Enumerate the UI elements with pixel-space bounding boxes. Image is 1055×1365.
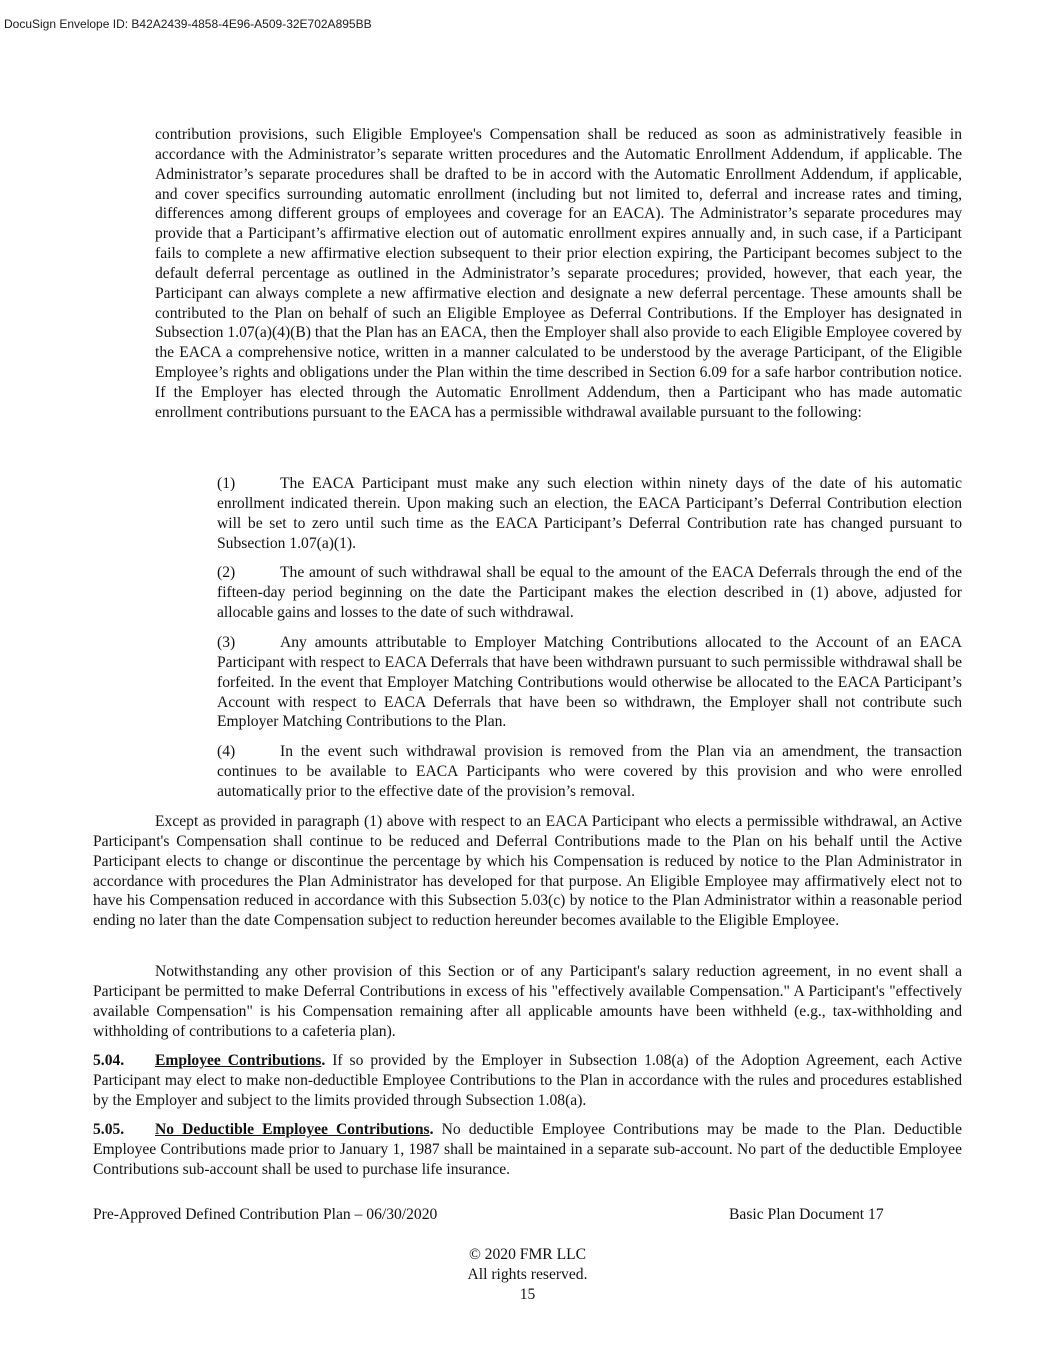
copyright-text: © 2020 FMR LLC (0, 1245, 1055, 1265)
footer-document-name: Basic Plan Document 17 (729, 1205, 884, 1224)
section-5-04: 5.04.Employee Contributions. If so provi… (93, 1051, 962, 1111)
list-item-text: Any amounts attributable to Employer Mat… (217, 634, 962, 730)
footer-copyright-block: © 2020 FMR LLC All rights reserved. 15 (0, 1245, 1055, 1305)
intro-paragraph: contribution provisions, such Eligible E… (155, 125, 962, 423)
section-title: No Deductible Employee Contributions (155, 1121, 430, 1138)
list-item-number: (1) (217, 474, 280, 494)
list-item-1: (1)The EACA Participant must make any su… (217, 474, 962, 553)
section-title: Employee Contributions (155, 1052, 321, 1069)
footer-plan-name: Pre-Approved Defined Contribution Plan –… (93, 1205, 437, 1224)
list-item-number: (4) (217, 742, 280, 762)
list-item-4: (4)In the event such withdrawal provisio… (217, 742, 962, 802)
section-5-05: 5.05.No Deductible Employee Contribution… (93, 1120, 962, 1180)
list-item-number: (2) (217, 563, 280, 583)
section-number: 5.04. (93, 1051, 155, 1071)
docusign-envelope-id: DocuSign Envelope ID: B42A2439-4858-4E96… (4, 17, 372, 31)
list-item-text: The EACA Participant must make any such … (217, 475, 962, 552)
list-item-text: In the event such withdrawal provision i… (217, 743, 962, 800)
paragraph-except: Except as provided in paragraph (1) abov… (93, 812, 962, 931)
paragraph-notwithstanding: Notwithstanding any other provision of t… (93, 962, 962, 1041)
list-item-3: (3)Any amounts attributable to Employer … (217, 633, 962, 732)
list-item-text: The amount of such withdrawal shall be e… (217, 564, 962, 621)
list-item-2: (2)The amount of such withdrawal shall b… (217, 563, 962, 623)
list-item-number: (3) (217, 633, 280, 653)
page-number: 15 (0, 1285, 1055, 1305)
rights-reserved-text: All rights reserved. (0, 1265, 1055, 1285)
section-number: 5.05. (93, 1120, 155, 1140)
